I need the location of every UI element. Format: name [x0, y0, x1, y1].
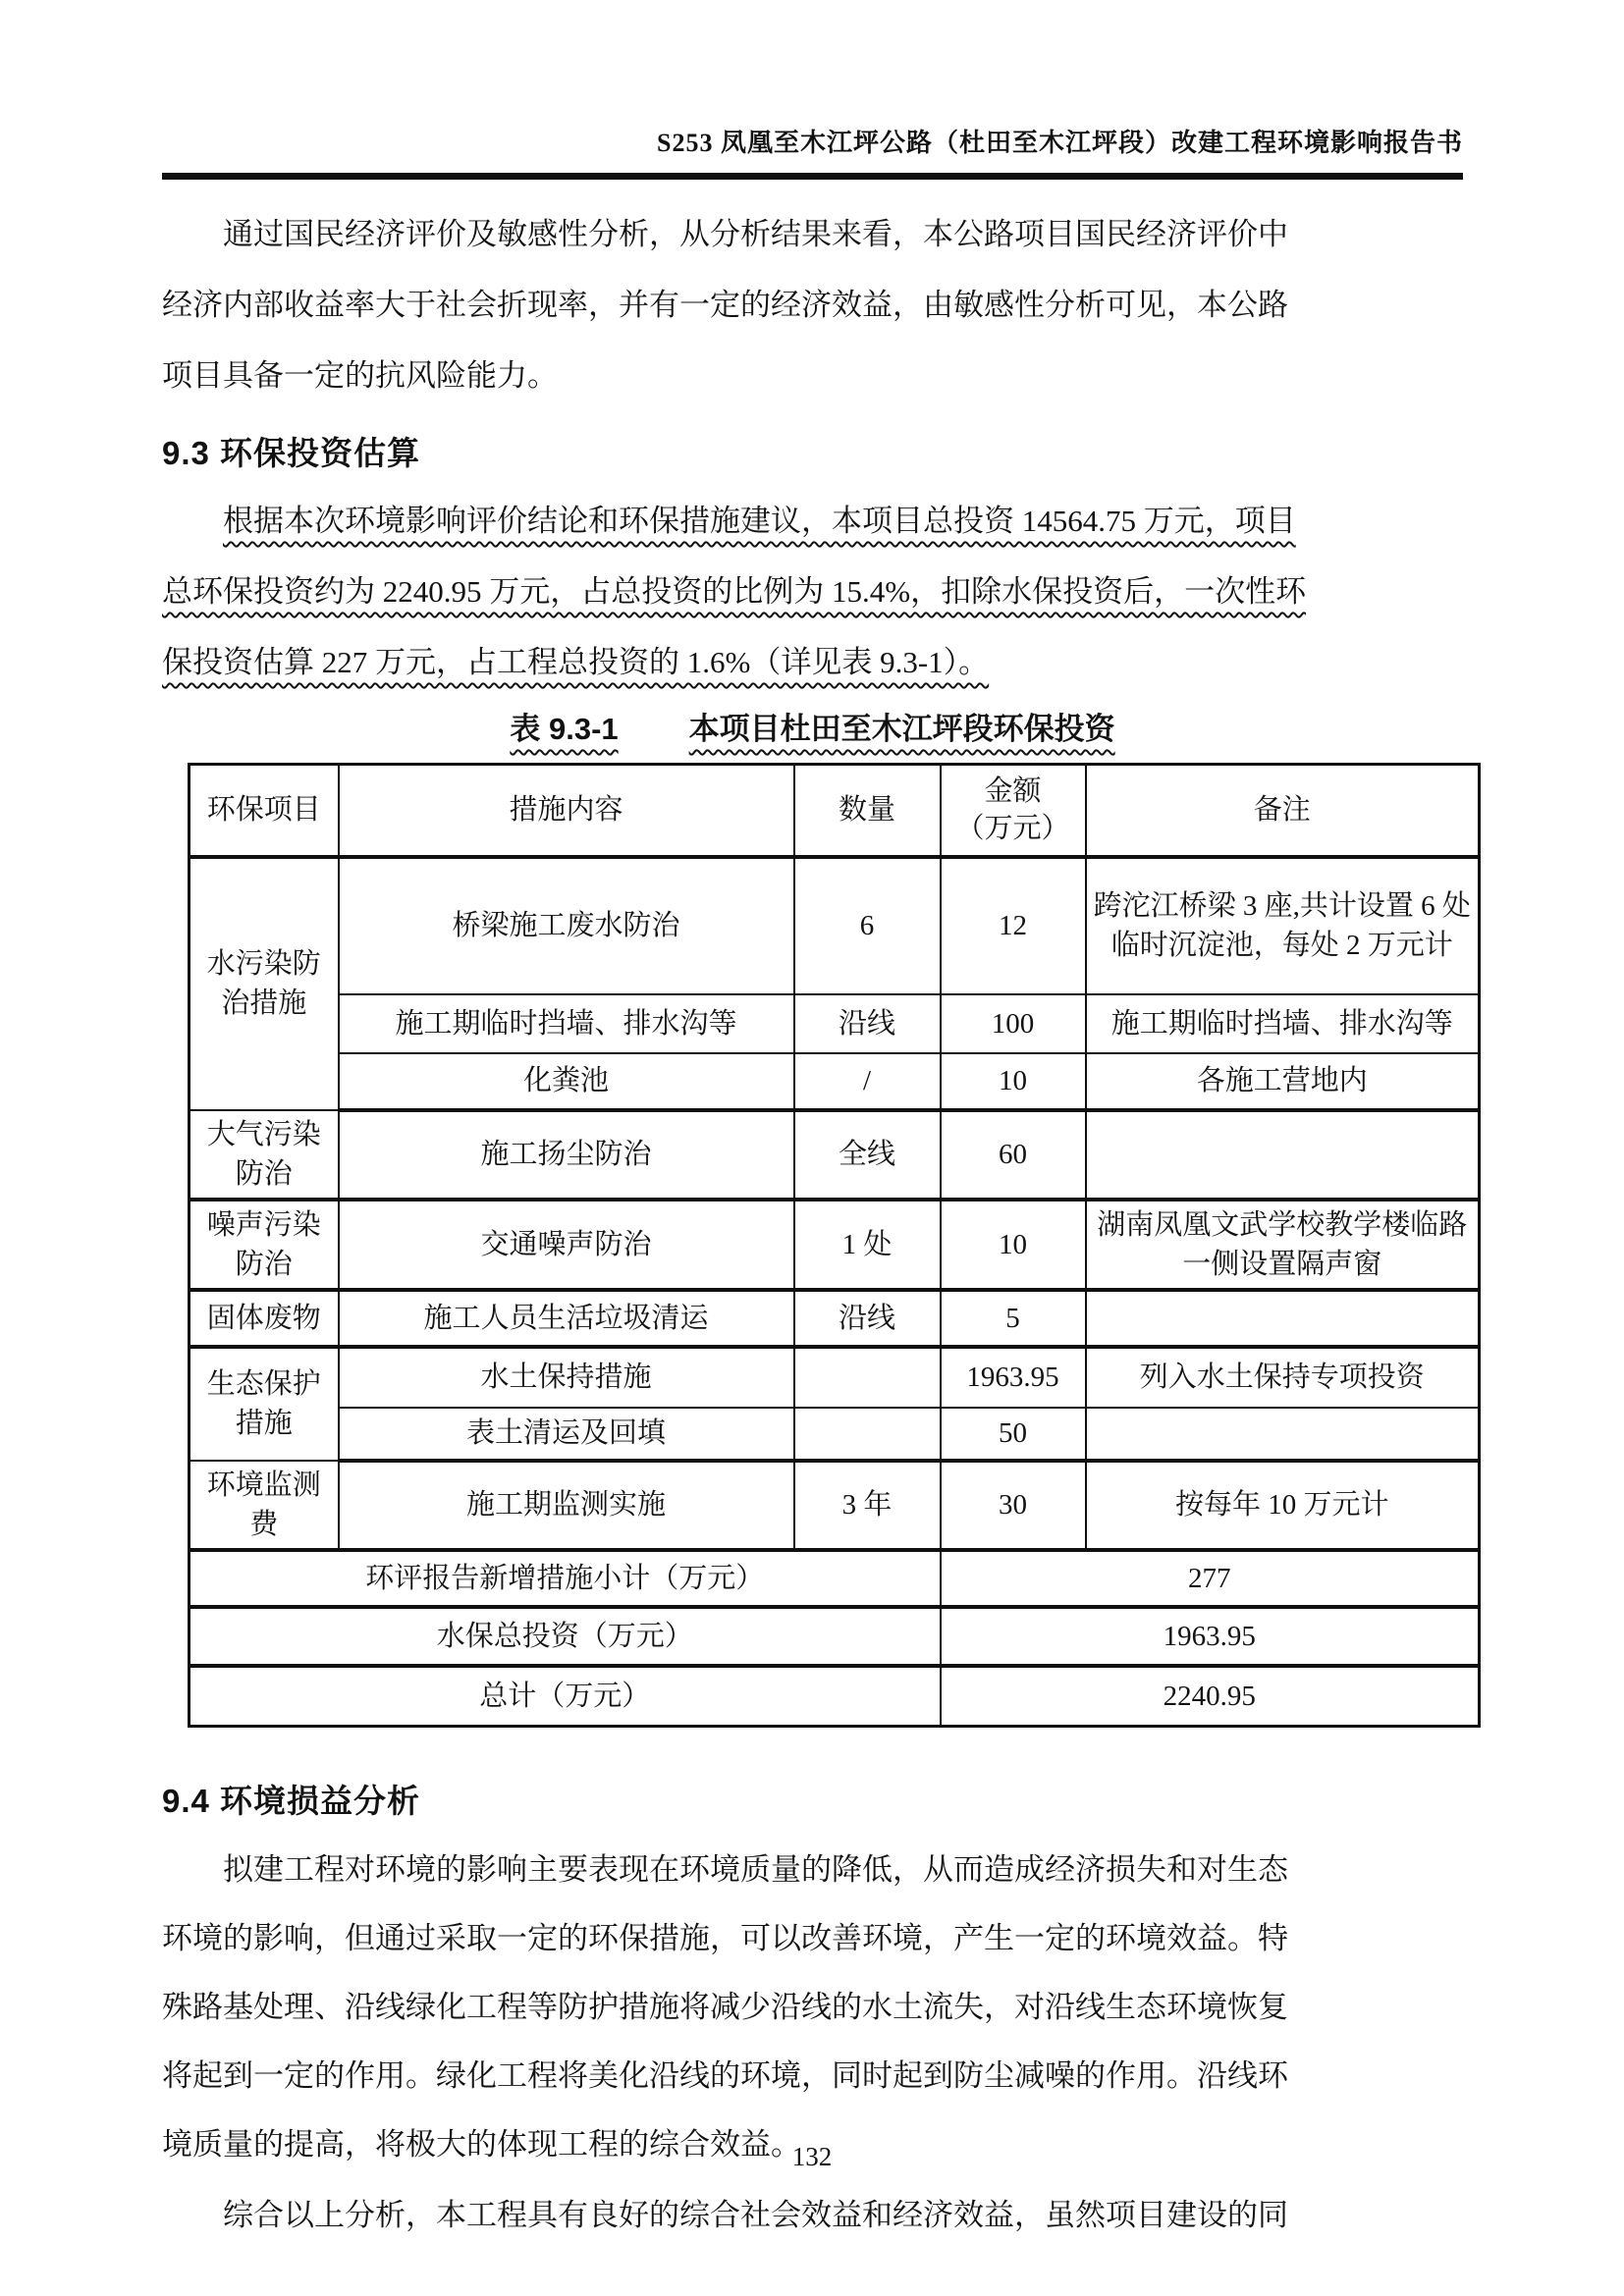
cell-note [1086, 1290, 1480, 1347]
cell-qty [794, 1347, 941, 1408]
intro-paragraph: 通过国民经济评价及敏感性分析，从分析结果来看，本公路项目国民经济评价中 经济内部… [162, 199, 1463, 411]
paragraph-line: 通过国民经济评价及敏感性分析，从分析结果来看，本公路项目国民经济评价中 [162, 199, 1463, 270]
cell-qty: 3 年 [794, 1461, 941, 1550]
cell-group-monitor: 环境监测费 [189, 1461, 339, 1550]
table-caption-label: 表 9.3-1 [510, 712, 618, 746]
paragraph-line: 保投资估算 227 万元，占工程总投资的 1.6%（详见表 9.3-1）。 [162, 627, 1463, 698]
cell-note: 列入水土保持专项投资 [1086, 1347, 1480, 1408]
cell-qty: 沿线 [794, 1290, 941, 1347]
table-row: 大气污染防治 施工扬尘防治 全线 60 [189, 1110, 1480, 1200]
cell-note: 各施工营地内 [1086, 1053, 1480, 1110]
section-94-paragraph: 拟建工程对环境的影响主要表现在环境质量的降低，从而造成经济损失和对生态 环境的影… [162, 1836, 1463, 2179]
table-row: 施工期临时挡墙、排水沟等 沿线 100 施工期临时挡墙、排水沟等 [189, 994, 1480, 1053]
cell-note: 跨沱江桥梁 3 座,共计设置 6 处临时沉淀池，每处 2 万元计 [1086, 857, 1480, 994]
cell-group-air: 大气污染防治 [189, 1110, 339, 1200]
table-header-row: 环保项目 措施内容 数量 金额（万元） 备注 [189, 765, 1480, 857]
cell-measure: 施工期监测实施 [339, 1461, 794, 1550]
cell-measure: 施工人员生活垃圾清运 [339, 1290, 794, 1347]
cell-qty: 1 处 [794, 1200, 941, 1290]
cell-amount: 5 [941, 1290, 1086, 1347]
cell-amount: 60 [941, 1110, 1086, 1200]
col-header-project: 环保项目 [189, 765, 339, 857]
cell-measure: 化粪池 [339, 1053, 794, 1110]
cell-summary-label: 水保总投资（万元） [189, 1607, 941, 1666]
paragraph-line: 总环保投资约为 2240.95 万元，占总投资的比例为 15.4%，扣除水保投资… [162, 557, 1463, 627]
page-content: S253 凤凰至木江坪公路（杜田至木江坪段）改建工程环境影响报告书 通过国民经济… [0, 0, 1624, 2250]
col-header-note: 备注 [1086, 765, 1480, 857]
paragraph-line: 经济内部收益率大于社会折现率，并有一定的经济效益，由敏感性分析可见，本公路 [162, 270, 1463, 341]
cell-note: 按每年 10 万元计 [1086, 1461, 1480, 1550]
cell-measure: 施工扬尘防治 [339, 1110, 794, 1200]
paragraph-line: 拟建工程对环境的影响主要表现在环境质量的降低，从而造成经济损失和对生态 [162, 1836, 1463, 1904]
cell-summary-label: 环评报告新增措施小计（万元） [189, 1550, 941, 1607]
paragraph-line: 殊路基处理、沿线绿化工程等防护措施将减少沿线的水土流失，对沿线生态环境恢复 [162, 1973, 1463, 2042]
cell-measure: 交通噪声防治 [339, 1200, 794, 1290]
cell-note [1086, 1408, 1480, 1461]
section-94-heading: 9.4 环境损益分析 [162, 1773, 1463, 1830]
paragraph-line: 综合以上分析，本工程具有良好的综合社会效益和经济效益，虽然项目建设的同 [162, 2181, 1463, 2250]
cell-group-eco: 生态保护措施 [189, 1347, 339, 1461]
cell-amount: 30 [941, 1461, 1086, 1550]
cell-measure: 施工期临时挡墙、排水沟等 [339, 994, 794, 1053]
cell-note [1086, 1110, 1480, 1200]
cell-amount: 100 [941, 994, 1086, 1053]
col-header-amount-line2: （万元） [942, 810, 1085, 847]
underlined-text: 根据本次环境影响评价结论和环保措施建议，本项目总投资 14564.75 万元，项… [223, 504, 1296, 538]
cell-qty: 全线 [794, 1110, 941, 1200]
col-header-measure: 措施内容 [339, 765, 794, 857]
cell-amount: 10 [941, 1053, 1086, 1110]
table-row: 水污染防治措施 桥梁施工废水防治 6 12 跨沱江桥梁 3 座,共计设置 6 处… [189, 857, 1480, 994]
table-summary-row: 总计（万元） 2240.95 [189, 1666, 1480, 1727]
cell-qty: 6 [794, 857, 941, 994]
cell-amount: 50 [941, 1408, 1086, 1461]
page-header-title: S253 凤凰至木江坪公路（杜田至木江坪段）改建工程环境影响报告书 [162, 126, 1463, 161]
cell-qty [794, 1408, 941, 1461]
document-page: S253 凤凰至木江坪公路（杜田至木江坪段）改建工程环境影响报告书 通过国民经济… [0, 0, 1624, 2296]
cell-qty: / [794, 1053, 941, 1110]
closing-paragraph: 综合以上分析，本工程具有良好的综合社会效益和经济效益，虽然项目建设的同 [162, 2181, 1463, 2250]
page-number: 132 [0, 2142, 1624, 2172]
cell-summary-label: 总计（万元） [189, 1666, 941, 1727]
cell-measure: 桥梁施工废水防治 [339, 857, 794, 994]
cell-note: 湖南凤凰文武学校教学楼临路一侧设置隔声窗 [1086, 1200, 1480, 1290]
paragraph-line: 项目具备一定的抗风险能力。 [162, 341, 1463, 411]
cell-qty: 沿线 [794, 994, 941, 1053]
paragraph-line: 将起到一定的作用。绿化工程将美化沿线的环境，同时起到防尘减噪的作用。沿线环 [162, 2042, 1463, 2110]
cell-group-noise: 噪声污染防治 [189, 1200, 339, 1290]
col-header-amount: 金额（万元） [941, 765, 1086, 857]
table-summary-row: 水保总投资（万元） 1963.95 [189, 1607, 1480, 1666]
underlined-text: 总环保投资约为 2240.95 万元，占总投资的比例为 15.4%，扣除水保投资… [162, 574, 1306, 609]
section-93-heading: 9.3 环保投资估算 [162, 425, 1463, 482]
cell-summary-value: 2240.95 [941, 1666, 1480, 1727]
header-rule [162, 173, 1463, 180]
table-summary-row: 环评报告新增措施小计（万元） 277 [189, 1550, 1480, 1607]
cell-summary-value: 277 [941, 1550, 1480, 1607]
col-header-qty: 数量 [794, 765, 941, 857]
table-row: 生态保护措施 水土保持措施 1963.95 列入水土保持专项投资 [189, 1347, 1480, 1408]
cell-amount: 10 [941, 1200, 1086, 1290]
cell-amount: 12 [941, 857, 1086, 994]
paragraph-line: 根据本次环境影响评价结论和环保措施建议，本项目总投资 14564.75 万元，项… [162, 486, 1463, 557]
cell-note: 施工期临时挡墙、排水沟等 [1086, 994, 1480, 1053]
table-row: 表土清运及回填 50 [189, 1408, 1480, 1461]
table-row: 环境监测费 施工期监测实施 3 年 30 按每年 10 万元计 [189, 1461, 1480, 1550]
cell-measure: 水土保持措施 [339, 1347, 794, 1408]
table-row: 噪声污染防治 交通噪声防治 1 处 10 湖南凤凰文武学校教学楼临路一侧设置隔声… [189, 1200, 1480, 1290]
cell-group-water: 水污染防治措施 [189, 857, 339, 1110]
cell-measure: 表土清运及回填 [339, 1408, 794, 1461]
underlined-text: 保投资估算 227 万元，占工程总投资的 1.6%（详见表 9.3-1）。 [162, 645, 989, 679]
col-header-amount-line1: 金额 [942, 773, 1085, 810]
table-row: 固体废物 施工人员生活垃圾清运 沿线 5 [189, 1290, 1480, 1347]
investment-table: 环保项目 措施内容 数量 金额（万元） 备注 水污染防治措施 桥梁施工废水防治 … [188, 763, 1481, 1728]
table-row: 化粪池 / 10 各施工营地内 [189, 1053, 1480, 1110]
cell-group-solid: 固体废物 [189, 1290, 339, 1347]
paragraph-line: 环境的影响，但通过采取一定的环保措施，可以改善环境，产生一定的环境效益。特 [162, 1904, 1463, 1973]
table-caption-title: 本项目杜田至木江坪段环保投资 [689, 712, 1115, 746]
cell-summary-value: 1963.95 [941, 1607, 1480, 1666]
section-93-paragraph: 根据本次环境影响评价结论和环保措施建议，本项目总投资 14564.75 万元，项… [162, 486, 1463, 698]
table-caption: 表 9.3-1本项目杜田至木江坪段环保投资 [162, 706, 1463, 753]
cell-amount: 1963.95 [941, 1347, 1086, 1408]
